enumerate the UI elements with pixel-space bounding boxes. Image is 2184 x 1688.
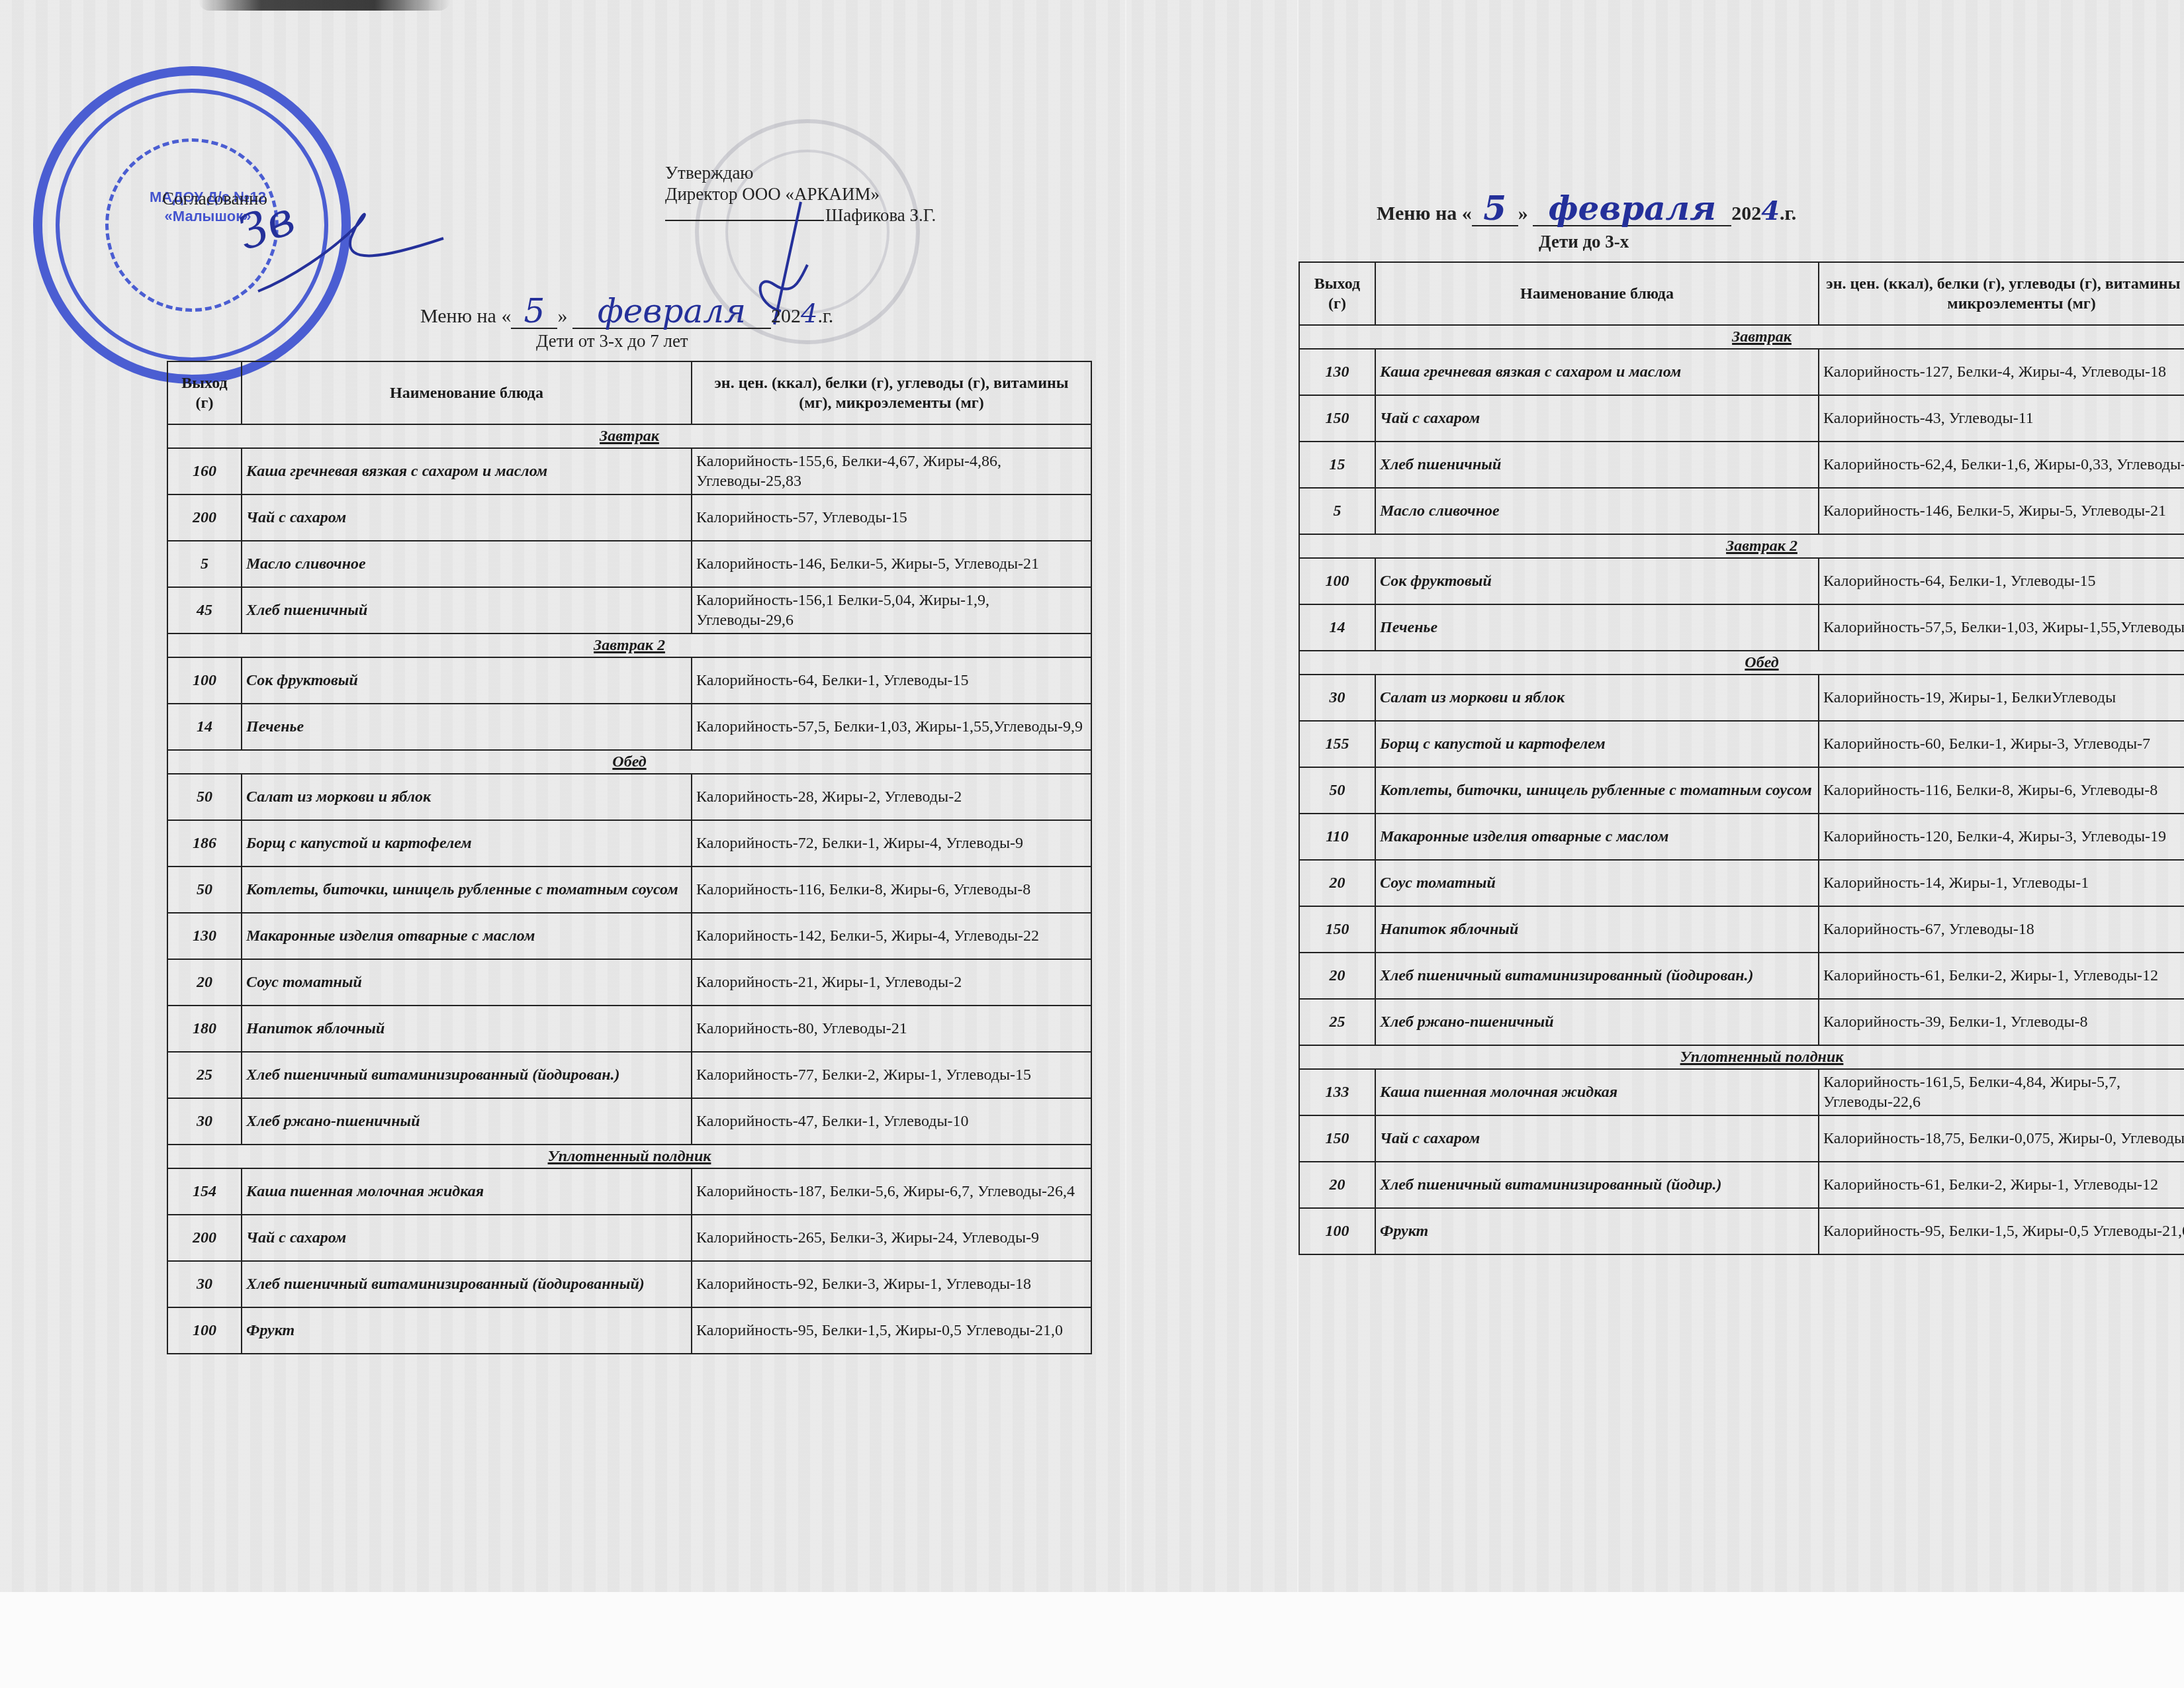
table-row: 30Хлеб пшеничный витаминизированный (йод… [167,1261,1091,1307]
dish-name-cell: Напиток яблочный [242,1006,692,1052]
right-menu-subtitle: Дети до 3-х [1539,232,1629,252]
nutrition-cell: Калорийность-64, Белки-1, Углеводы-15 [1819,558,2184,604]
yield-cell: 20 [1299,860,1375,906]
nutrition-cell: Калорийность-155,6, Белки-4,67, Жиры-4,8… [692,448,1091,494]
nutrition-cell: Калорийность-265, Белки-3, Жиры-24, Угле… [692,1215,1091,1261]
nutrition-cell: Калорийность-57, Углеводы-15 [692,494,1091,541]
yield-cell: 150 [1299,395,1375,442]
dish-name-cell: Котлеты, биточки, шницель рубленные с то… [1375,767,1819,814]
table-row: 30Салат из моркови и яблокКалорийность-1… [1299,675,2184,721]
dish-name-cell: Масло сливочное [1375,488,1819,534]
table-row: 130Макаронные изделия отварные с масломК… [167,913,1091,959]
yield-cell: 100 [1299,558,1375,604]
yield-cell: 133 [1299,1069,1375,1115]
dish-name-cell: Борщ с капустой и картофелем [242,820,692,867]
yield-cell: 200 [167,494,242,541]
dish-name-cell: Чай с сахаром [1375,1115,1819,1162]
section-row: Завтрак [167,424,1091,448]
table-row: 5Масло сливочноеКалорийность-146, Белки-… [167,541,1091,587]
table-row: 155Борщ с капустой и картофелемКалорийно… [1299,721,2184,767]
nutrition-cell: Калорийность-57,5, Белки-1,03, Жиры-1,55… [1819,604,2184,651]
right-menu-title: Меню на «5» февраля2024.г. [1377,199,1796,226]
yield-cell: 45 [167,587,242,633]
yield-cell: 180 [167,1006,242,1052]
dish-name-cell: Каша гречневая вязкая с сахаром и маслом [1375,349,1819,395]
column-header-nutrition: эн. цен. (ккал), белки (г), углеводы (г)… [692,361,1091,424]
dish-name-cell: Хлеб пшеничный [1375,442,1819,488]
nutrition-cell: Калорийность-19, Жиры-1, БелкиУглеводы [1819,675,2184,721]
yield-cell: 50 [167,867,242,913]
section-title: Уплотненный полдник [1680,1049,1844,1066]
table-row: 150Напиток яблочныйКалорийность-67, Угле… [1299,906,2184,953]
table-row: 133Каша пшенная молочная жидкаяКалорийно… [1299,1069,2184,1115]
section-title: Завтрак [600,428,659,445]
dish-name-cell: Хлеб пшеничный витаминизированный (йодир… [242,1052,692,1098]
yield-cell: 5 [1299,488,1375,534]
table-row: 25Хлеб ржано-пшеничныйКалорийность-39, Б… [1299,999,2184,1045]
table-row: 30Хлеб ржано-пшеничныйКалорийность-47, Б… [167,1098,1091,1145]
section-title: Завтрак 2 [594,637,665,654]
table-row: 50Котлеты, биточки, шницель рубленные с … [1299,767,2184,814]
table-row: 20Хлеб пшеничный витаминизированный (йод… [1299,1162,2184,1208]
nutrition-cell: Калорийность-142, Белки-5, Жиры-4, Углев… [692,913,1091,959]
paper-crease [1125,0,1126,1592]
dish-name-cell: Хлеб пшеничный витаминизированный (йодир… [1375,953,1819,999]
nutrition-cell: Калорийность-57,5, Белки-1,03, Жиры-1,55… [692,704,1091,750]
section-row: Уплотненный полдник [1299,1045,2184,1069]
table-row: 20Соус томатныйКалорийность-14, Жиры-1, … [1299,860,2184,906]
dish-name-cell: Макаронные изделия отварные с маслом [242,913,692,959]
dish-name-cell: Хлеб ржано-пшеничный [1375,999,1819,1045]
nutrition-cell: Калорийность-95, Белки-1,5, Жиры-0,5 Угл… [692,1307,1091,1354]
left-menu-subtitle: Дети от 3-х до 7 лет [536,331,688,352]
dish-name-cell: Котлеты, биточки, шницель рубленные с то… [242,867,692,913]
table-row: 25Хлеб пшеничный витаминизированный (йод… [167,1052,1091,1098]
dish-name-cell: Сок фруктовый [242,657,692,704]
nutrition-cell: Калорийность-92, Белки-3, Жиры-1, Углево… [692,1261,1091,1307]
dish-name-cell: Каша пшенная молочная жидкая [242,1168,692,1215]
table-row: 20Хлеб пшеничный витаминизированный (йод… [1299,953,2184,999]
yield-cell: 100 [1299,1208,1375,1254]
section-title: Обед [612,753,646,771]
dish-name-cell: Борщ с капустой и картофелем [1375,721,1819,767]
dish-name-cell: Сок фруктовый [1375,558,1819,604]
yield-cell: 50 [167,774,242,820]
table-row: 200Чай с сахаромКалорийность-57, Углевод… [167,494,1091,541]
table-row: 180Напиток яблочныйКалорийность-80, Угле… [167,1006,1091,1052]
table-row: 150Чай с сахаромКалорийность-43, Углевод… [1299,395,2184,442]
section-title: Завтрак [1732,328,1792,346]
nutrition-cell: Калорийность-60, Белки-1, Жиры-3, Углево… [1819,721,2184,767]
scan-smudge [199,0,450,11]
dish-name-cell: Соус томатный [1375,860,1819,906]
section-row: Уплотненный полдник [167,1145,1091,1168]
yield-cell: 5 [167,541,242,587]
dish-name-cell: Салат из моркови и яблок [242,774,692,820]
table-row: 100ФруктКалорийность-95, Белки-1,5, Жиры… [1299,1208,2184,1254]
nutrition-cell: Калорийность-146, Белки-5, Жиры-5, Углев… [1819,488,2184,534]
section-row: Завтрак 2 [1299,534,2184,558]
table-row: 150Чай с сахаромКалорийность-18,75, Белк… [1299,1115,2184,1162]
yield-cell: 150 [1299,906,1375,953]
nutrition-cell: Калорийность-14, Жиры-1, Углеводы-1 [1819,860,2184,906]
yield-cell: 25 [1299,999,1375,1045]
dish-name-cell: Каша гречневая вязкая с сахаром и маслом [242,448,692,494]
nutrition-cell: Калорийность-80, Углеводы-21 [692,1006,1091,1052]
dish-name-cell: Печенье [242,704,692,750]
yield-cell: 200 [167,1215,242,1261]
yield-cell: 30 [1299,675,1375,721]
table-row: 14ПеченьеКалорийность-57,5, Белки-1,03, … [167,704,1091,750]
column-header-yield: Выход (г) [1299,262,1375,325]
dish-name-cell: Салат из моркови и яблок [1375,675,1819,721]
table-row: 160Каша гречневая вязкая с сахаром и мас… [167,448,1091,494]
dish-name-cell: Хлеб пшеничный витаминизированный (йодир… [242,1261,692,1307]
section-header: Уплотненный полдник [167,1145,1091,1168]
table-row: 200Чай с сахаромКалорийность-265, Белки-… [167,1215,1091,1261]
yield-cell: 186 [167,820,242,867]
section-title: Уплотненный полдник [548,1148,711,1165]
yield-cell: 15 [1299,442,1375,488]
dish-name-cell: Хлеб пшеничный витаминизированный (йодир… [1375,1162,1819,1208]
yield-cell: 20 [167,959,242,1006]
nutrition-cell: Калорийность-77, Белки-2, Жиры-1, Углево… [692,1052,1091,1098]
table-row: 154Каша пшенная молочная жидкаяКалорийно… [167,1168,1091,1215]
section-header: Завтрак [167,424,1091,448]
yield-cell: 154 [167,1168,242,1215]
left-menu-table: Выход (г) Наименование блюда эн. цен. (к… [167,361,1092,1354]
table-row: 14ПеченьеКалорийность-57,5, Белки-1,03, … [1299,604,2184,651]
section-row: Завтрак 2 [167,633,1091,657]
yield-cell: 14 [167,704,242,750]
column-header-yield: Выход (г) [167,361,242,424]
nutrition-cell: Калорийность-95, Белки-1,5, Жиры-0,5 Угл… [1819,1208,2184,1254]
section-header: Обед [1299,651,2184,675]
dish-name-cell: Макаронные изделия отварные с маслом [1375,814,1819,860]
section-header: Обед [167,750,1091,774]
nutrition-cell: Калорийность-120, Белки-4, Жиры-3, Углев… [1819,814,2184,860]
section-row: Завтрак [1299,325,2184,349]
table-row: 100ФруктКалорийность-95, Белки-1,5, Жиры… [167,1307,1091,1354]
nutrition-cell: Калорийность-67, Углеводы-18 [1819,906,2184,953]
table-row: 100Сок фруктовыйКалорийность-64, Белки-1… [1299,558,2184,604]
yield-cell: 160 [167,448,242,494]
table-row: 186Борщ с капустой и картофелемКалорийно… [167,820,1091,867]
yield-cell: 30 [167,1261,242,1307]
dish-name-cell: Хлеб пшеничный [242,587,692,633]
dish-name-cell: Печенье [1375,604,1819,651]
dish-name-cell: Каша пшенная молочная жидкая [1375,1069,1819,1115]
nutrition-cell: Калорийность-28, Жиры-2, Углеводы-2 [692,774,1091,820]
section-row: Обед [1299,651,2184,675]
nutrition-cell: Калорийность-61, Белки-2, Жиры-1, Углево… [1819,953,2184,999]
dish-name-cell: Чай с сахаром [242,494,692,541]
dish-name-cell: Масло сливочное [242,541,692,587]
nutrition-cell: Калорийность-72, Белки-1, Жиры-4, Углево… [692,820,1091,867]
yield-cell: 20 [1299,1162,1375,1208]
yield-cell: 150 [1299,1115,1375,1162]
dish-name-cell: Напиток яблочный [1375,906,1819,953]
column-header-nutrition: эн. цен. (ккал), белки (г), углеводы (г)… [1819,262,2184,325]
section-row: Обед [167,750,1091,774]
dish-name-cell: Хлеб ржано-пшеничный [242,1098,692,1145]
dish-name-cell: Чай с сахаром [1375,395,1819,442]
dish-name-cell: Фрукт [242,1307,692,1354]
nutrition-cell: Калорийность-116, Белки-8, Жиры-6, Углев… [1819,767,2184,814]
yield-cell: 155 [1299,721,1375,767]
nutrition-cell: Калорийность-43, Углеводы-11 [1819,395,2184,442]
table-row: 20Соус томатныйКалорийность-21, Жиры-1, … [167,959,1091,1006]
nutrition-cell: Калорийность-146, Белки-5, Жиры-5, Углев… [692,541,1091,587]
yield-cell: 110 [1299,814,1375,860]
section-header: Завтрак 2 [1299,534,2184,558]
section-title: Завтрак 2 [1726,538,1797,555]
yield-cell: 25 [167,1052,242,1098]
nutrition-cell: Калорийность-161,5, Белки-4,84, Жиры-5,7… [1819,1069,2184,1115]
table-row: 50Котлеты, биточки, шницель рубленные с … [167,867,1091,913]
table-row: 130Каша гречневая вязкая с сахаром и мас… [1299,349,2184,395]
nutrition-cell: Калорийность-62,4, Белки-1,6, Жиры-0,33,… [1819,442,2184,488]
table-row: 45Хлеб пшеничныйКалорийность-156,1 Белки… [167,587,1091,633]
table-row: 100Сок фруктовыйКалорийность-64, Белки-1… [167,657,1091,704]
table-row: 110Макаронные изделия отварные с масломК… [1299,814,2184,860]
nutrition-cell: Калорийность-156,1 Белки-5,04, Жиры-1,9,… [692,587,1091,633]
dish-name-cell: Соус томатный [242,959,692,1006]
table-row: 15Хлеб пшеничныйКалорийность-62,4, Белки… [1299,442,2184,488]
section-header: Завтрак [1299,325,2184,349]
section-title: Обед [1745,654,1778,671]
column-header-dish: Наименование блюда [1375,262,1819,325]
yield-cell: 100 [167,1307,242,1354]
nutrition-cell: Калорийность-39, Белки-1, Углеводы-8 [1819,999,2184,1045]
nutrition-cell: Калорийность-47, Белки-1, Углеводы-10 [692,1098,1091,1145]
nutrition-cell: Калорийность-18,75, Белки-0,075, Жиры-0,… [1819,1115,2184,1162]
yield-cell: 130 [1299,349,1375,395]
yield-cell: 20 [1299,953,1375,999]
table-row: 50Салат из моркови и яблокКалорийность-2… [167,774,1091,820]
dish-name-cell: Фрукт [1375,1208,1819,1254]
yield-cell: 14 [1299,604,1375,651]
scanner-margin [0,1592,2184,1688]
column-header-dish: Наименование блюда [242,361,692,424]
dish-name-cell: Чай с сахаром [242,1215,692,1261]
table-row: 5Масло сливочноеКалорийность-146, Белки-… [1299,488,2184,534]
nutrition-cell: Калорийность-64, Белки-1, Углеводы-15 [692,657,1091,704]
section-header: Завтрак 2 [167,633,1091,657]
section-header: Уплотненный полдник [1299,1045,2184,1069]
nutrition-cell: Калорийность-127, Белки-4, Жиры-4, Углев… [1819,349,2184,395]
signature-stroke-icon [251,199,450,305]
nutrition-cell: Калорийность-21, Жиры-1, Углеводы-2 [692,959,1091,1006]
yield-cell: 130 [167,913,242,959]
yield-cell: 100 [167,657,242,704]
nutrition-cell: Калорийность-187, Белки-5,6, Жиры-6,7, У… [692,1168,1091,1215]
yield-cell: 50 [1299,767,1375,814]
nutrition-cell: Калорийность-61, Белки-2, Жиры-1, Углево… [1819,1162,2184,1208]
nutrition-cell: Калорийность-116, Белки-8, Жиры-6, Углев… [692,867,1091,913]
right-menu-table: Выход (г) Наименование блюда эн. цен. (к… [1298,261,2184,1255]
left-menu-title: Меню на «5» февраля2024.г. [420,301,833,329]
yield-cell: 30 [167,1098,242,1145]
